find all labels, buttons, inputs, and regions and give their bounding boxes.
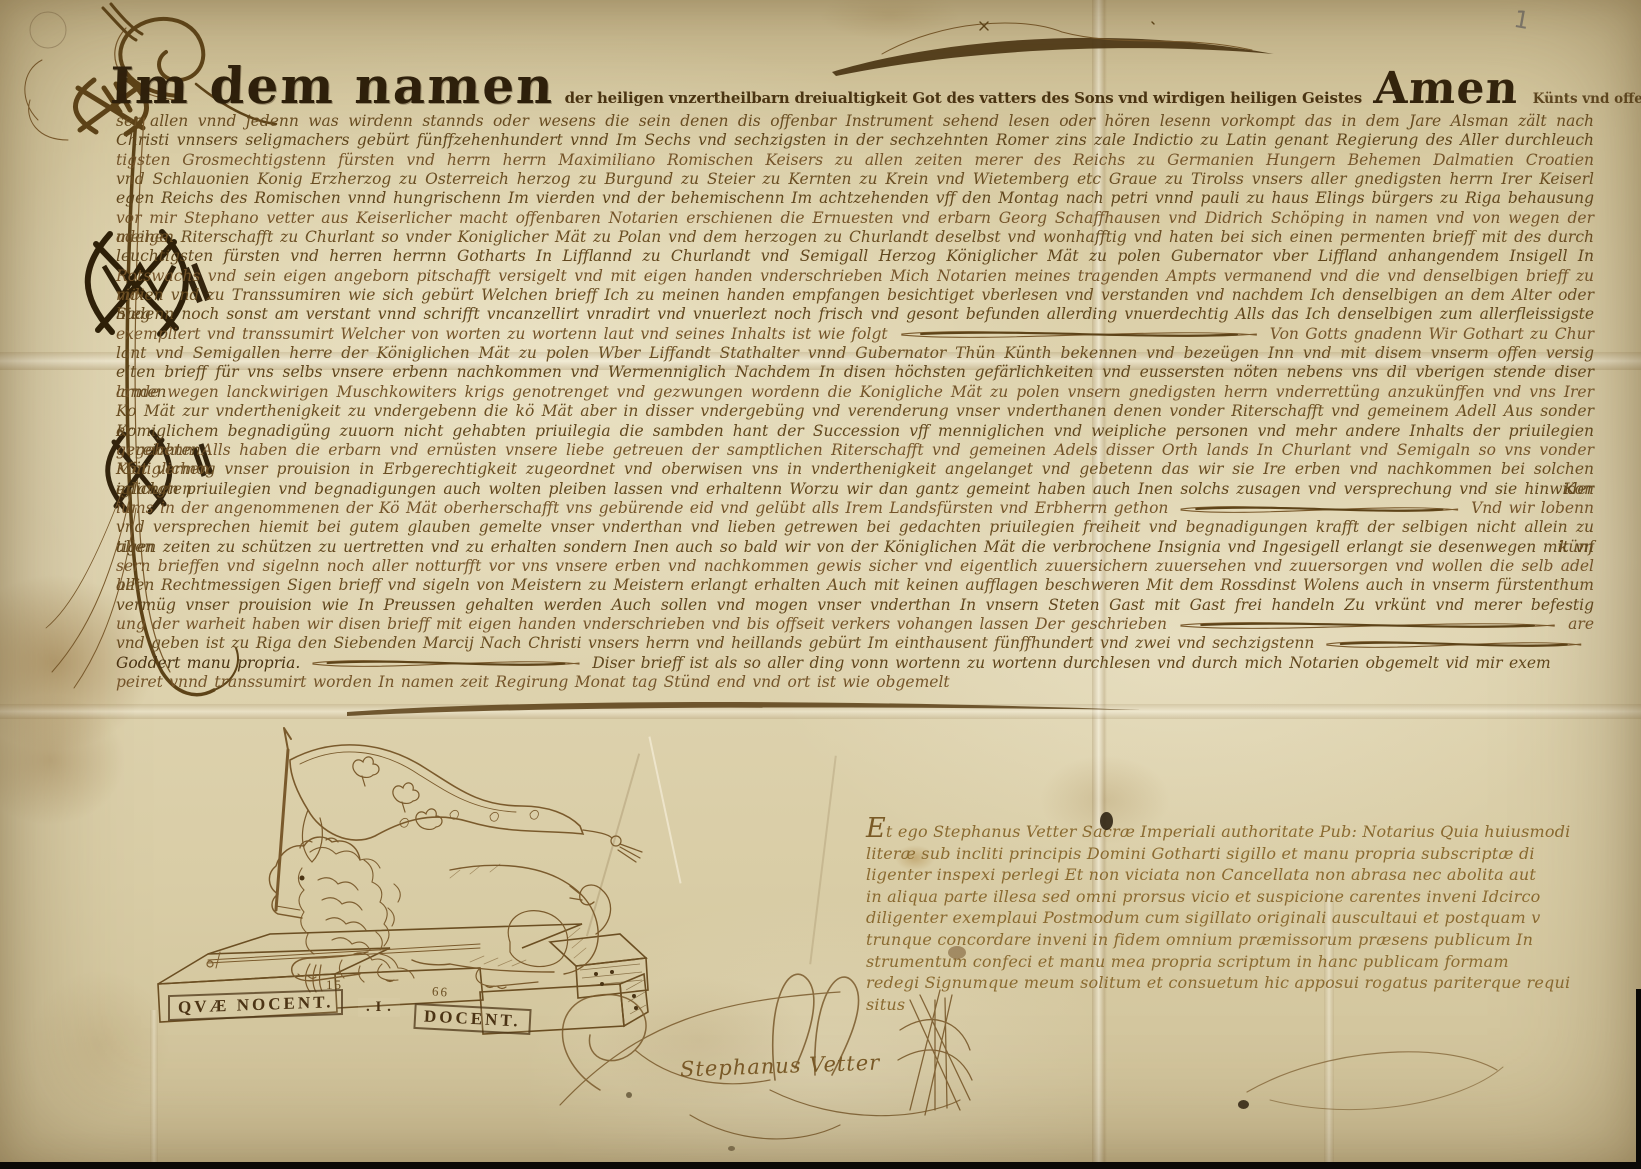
- line-segment: Von Gotts gnadenn Wir Gothart zu Chur: [1270, 325, 1594, 344]
- manuscript-line-with-flourish: ung der warheit haben wir disen brieff m…: [116, 615, 1594, 634]
- manuscript-line: Christi vnnsers seligmachers gebürt fünf…: [116, 131, 1594, 150]
- manuscript-line: Mät vermog vnser prouision in Erbgerecht…: [116, 460, 1594, 479]
- latin-line: diligenter exemplaui Postmodum cum sigil…: [866, 907, 1572, 929]
- signature-flourish: [540, 940, 1040, 1150]
- manuscript-line: hadenn noch sonst am verstant vnnd schri…: [116, 305, 1594, 324]
- motto-separator-i: . I .: [358, 998, 400, 1017]
- photo-background-edge: [1636, 989, 1641, 1169]
- manuscript-line: vnd Schlauonien Konig Erzherzog zu Oster…: [116, 170, 1594, 189]
- manuscript-line: lant vnd Semigallen herre der Königliche…: [116, 344, 1594, 363]
- latin-line: in aliqua parte illesa sed omni prorsus …: [866, 886, 1572, 908]
- ink-blot: [1100, 812, 1113, 830]
- line-segment: exempliert vnd transsumirt Welcher von w…: [116, 325, 888, 344]
- year-digits-15: 15: [326, 977, 343, 993]
- filler-flourish: [1177, 616, 1558, 634]
- filler-flourish: [898, 325, 1260, 343]
- heading-continuation: der heiligen vnzertheilbarn dreiualtigke…: [565, 89, 1362, 107]
- heading-line-end: Künts vnd offenbar: [1533, 91, 1641, 107]
- line-segment: vnd geben ist zu Riga den Siebenden Marc…: [116, 634, 1314, 653]
- charter-body-text: ser allen vnnd jedenn was wirdenn stannd…: [116, 112, 1594, 692]
- vertical-fold: [150, 1010, 158, 1169]
- manuscript-line-with-flourish: exempliert vnd transsumirt Welcher von w…: [116, 325, 1594, 344]
- manuscript-line: vor mir Stephano vetter aus Keiserlicher…: [116, 209, 1594, 228]
- manuscript-line: lande wegen lanckwirigen Muschkowiters k…: [116, 383, 1594, 402]
- manuscript-line: vnd versprechen hiemit bei gutem glauben…: [116, 518, 1594, 537]
- ink-blot: [1238, 1100, 1249, 1109]
- year-digits-66: 66: [431, 983, 449, 1000]
- manuscript-line: ser allen vnnd jedenn was wirdenn stannd…: [116, 112, 1594, 131]
- heading-amen: Amen: [1373, 63, 1520, 114]
- folio-number: 1: [1512, 5, 1532, 35]
- ink-blot: [948, 946, 966, 959]
- ink-blot: [626, 1092, 632, 1098]
- manuscript-line-with-flourish: vnd geben ist zu Riga den Siebenden Marc…: [116, 634, 1594, 653]
- wrinkle: [648, 736, 681, 883]
- latin-line: ligenter inspexi perlegi Et non viciata …: [866, 864, 1572, 886]
- manuscript-line: Komiglichem begnadigüng zuuorn nicht geh…: [116, 422, 1594, 441]
- manuscript-line: allen Rechtmessigen Sigen brieff vnd sig…: [116, 576, 1594, 595]
- filler-flourish: [310, 654, 582, 672]
- filler-flourish: [1178, 500, 1461, 518]
- manuscript-line: leuchtigsten fürsten vnd herren herrnn G…: [116, 247, 1594, 266]
- manuscript-line: tigsten Grosmechtigstenn fürsten vnd her…: [116, 151, 1594, 170]
- heading-initial-words: Im dem namen: [109, 56, 556, 115]
- filler-flourish: [1324, 635, 1584, 653]
- manuscript-line-with-flourish: Goddert manu propria. Diser brieff ist a…: [116, 654, 1594, 673]
- manuscript-page: Im dem namen der heiligen vnzertheilbarn…: [0, 0, 1641, 1169]
- manuscript-line: egen Reichs des Romischen vnnd hungrisch…: [116, 189, 1594, 208]
- stray-ink-loops: [1235, 1022, 1525, 1122]
- line-segment: iums in der angenommenen der Kö Mät ober…: [116, 499, 1168, 518]
- photo-background-edge: [0, 1162, 1641, 1169]
- manuscript-line: tigen zeiten zu schützen zu uertretten v…: [116, 538, 1594, 557]
- line-segment: ung der warheit haben wir disen brieff m…: [116, 615, 1167, 634]
- manuscript-line: sern brieffen vnd sigelnn noch aller not…: [116, 557, 1594, 576]
- latin-line: Et ego Stephanus Vetter Sacræ Imperiali …: [866, 818, 1572, 843]
- manuscript-line: iglichen priuilegien vnd begnadigungen a…: [116, 480, 1594, 499]
- manuscript-line: Ko Mät zur vnderthenigkeit zu vndergeben…: [116, 402, 1594, 421]
- manuscript-line: gegebenn Alls haben die erbarn vnd ernüs…: [116, 441, 1594, 460]
- heading-row: Im dem namen der heiligen vnzertheilbarn…: [110, 56, 1602, 115]
- manuscript-line: vermüg vnser prouision wie In Preussen g…: [116, 596, 1594, 615]
- manuscript-line: mixen vnd zu Transsumiren wie sich gebür…: [116, 286, 1594, 305]
- latin-line: literæ sub incliti principis Domini Goth…: [866, 843, 1572, 865]
- line-segment: are: [1568, 615, 1594, 634]
- wrinkle: [809, 756, 837, 965]
- manuscript-line: peiret vnnd transsumirt worden In namen …: [116, 673, 1594, 692]
- gotthard-subscription: Goddert manu propria.: [116, 654, 300, 673]
- stain: [30, 970, 170, 1120]
- ink-blot: [728, 1146, 735, 1151]
- manuscript-line: elten brieff für vns selbs vnsere erbenn…: [116, 363, 1594, 382]
- manuscript-line: meinen Riterschafft zu Churlant so vnder…: [116, 228, 1594, 247]
- manuscript-line: Rotswachs vnd sein eigen angeborn pitsch…: [116, 267, 1594, 286]
- line-segment: Diser brieff ist als so aller ding vonn …: [592, 654, 1551, 673]
- manuscript-line-with-flourish: iums in der angenommenen der Kö Mät ober…: [116, 499, 1594, 518]
- line-segment: Vnd wir lobenn: [1471, 499, 1594, 518]
